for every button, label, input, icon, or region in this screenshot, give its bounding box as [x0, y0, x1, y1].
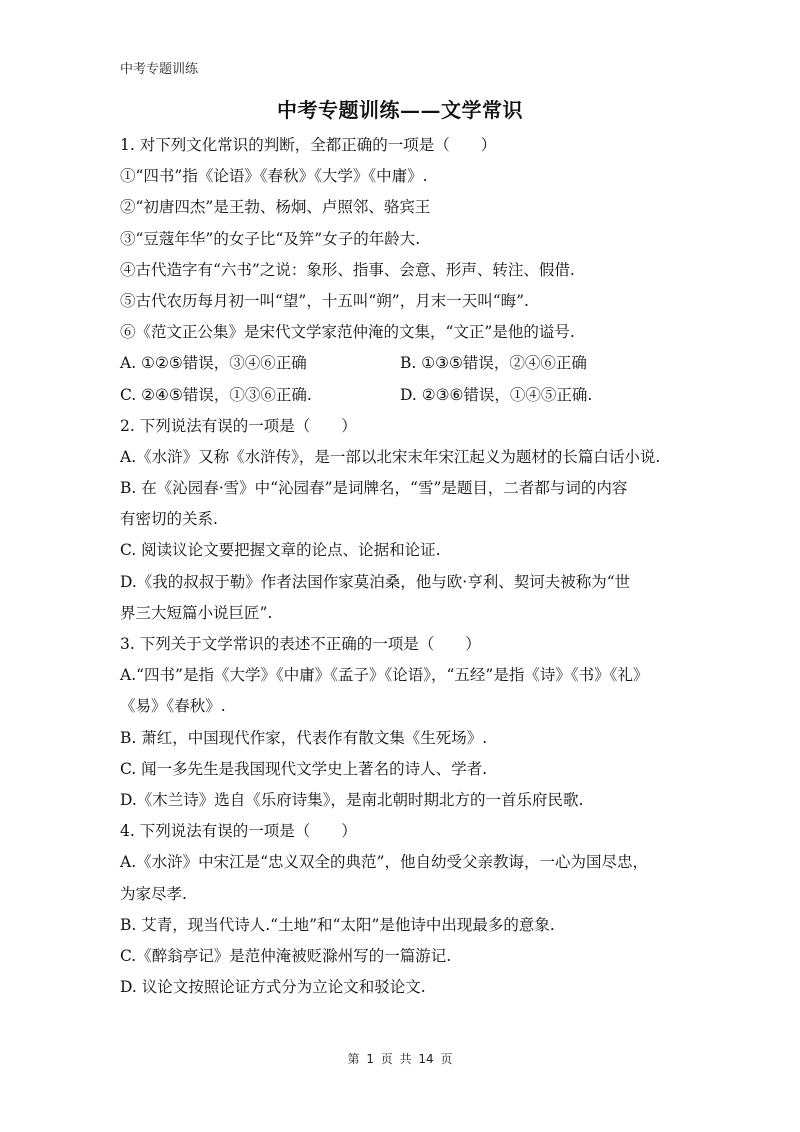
option-line: D. 议论文按照论证方式分为立论文和驳论文.: [120, 972, 690, 1003]
question-3: 3. 下列关于文学常识的表述不正确的一项是（ ） A.“四书”是指《大学》《中庸…: [120, 629, 690, 816]
option-line: 《易》《春秋》.: [120, 691, 690, 722]
option-line: A.《水浒》中宋江是“忠义双全的典范”，他自幼受父亲教诲，一心为国尽忠，: [120, 847, 690, 878]
statement: ①“四书”指《论语》《春秋》《大学》《中庸》.: [120, 161, 690, 192]
statement: ③“豆蔻年华”的女子比“及笄”女子的年龄大.: [120, 224, 690, 255]
statement: ④古代造字有“六书”之说：象形、指事、会意、形声、转注、假借.: [120, 255, 690, 286]
question-stem: 1. 对下列文化常识的判断，全都正确的一项是（ ）: [120, 130, 690, 161]
option-line: D.《木兰诗》选自《乐府诗集》，是南北朝时期北方的一首乐府民歌.: [120, 785, 690, 816]
options-row: A. ①②⑤错误，③④⑥正确 B. ①③⑤错误，②④⑥正确: [120, 348, 690, 379]
statement: ⑥《范文正公集》是宋代文学家范仲淹的文集，“文正”是他的谥号.: [120, 317, 690, 348]
option-line: C. 阅读议论文要把握文章的论点、论据和论证.: [120, 535, 690, 566]
option-line: B. 萧红，中国现代作家，代表作有散文集《生死场》.: [120, 723, 690, 754]
option-line: B. 在《沁园春·雪》中“沁园春”是词牌名，“雪”是题目，二者都与词的内容: [120, 473, 690, 504]
option-line: C.《醉翁亭记》是范仲淹被贬滁州写的一篇游记.: [120, 941, 690, 972]
option-line: 有密切的关系.: [120, 504, 690, 535]
option-line: 为家尽孝.: [120, 879, 690, 910]
option-c: C. ②④⑤错误，①③⑥正确.: [120, 380, 400, 411]
option-line: C. 闻一多先生是我国现代文学史上著名的诗人、学者.: [120, 754, 690, 785]
page-number: 第 1 页 共 14 页: [0, 1050, 800, 1067]
question-stem: 4. 下列说法有误的一项是（ ）: [120, 816, 690, 847]
document-title: 中考专题训练——文学常识: [0, 94, 800, 123]
option-d: D. ②③⑥错误，①④⑤正确.: [400, 380, 680, 411]
question-2: 2. 下列说法有误的一项是（ ） A.《水浒》又称《水浒传》，是一部以北宋末年宋…: [120, 411, 690, 629]
running-header: 中考专题训练: [120, 58, 198, 77]
option-line: A.“四书”是指《大学》《中庸》《孟子》《论语》，“五经”是指《诗》《书》《礼》: [120, 660, 690, 691]
option-line: B. 艾青，现当代诗人.“土地”和“太阳”是他诗中出现最多的意象.: [120, 910, 690, 941]
option-line: D.《我的叔叔于勒》作者法国作家莫泊桑，他与欧·亨利、契诃夫被称为“世: [120, 567, 690, 598]
option-line: A.《水浒》又称《水浒传》，是一部以北宋末年宋江起义为题材的长篇白话小说.: [120, 442, 690, 473]
option-line: 界三大短篇小说巨匠”.: [120, 598, 690, 629]
statement: ②“初唐四杰”是王勃、杨炯、卢照邻、骆宾王: [120, 192, 690, 223]
option-b: B. ①③⑤错误，②④⑥正确: [400, 348, 680, 379]
question-stem: 2. 下列说法有误的一项是（ ）: [120, 411, 690, 442]
question-1: 1. 对下列文化常识的判断，全都正确的一项是（ ） ①“四书”指《论语》《春秋》…: [120, 130, 690, 411]
question-stem: 3. 下列关于文学常识的表述不正确的一项是（ ）: [120, 629, 690, 660]
options-row: C. ②④⑤错误，①③⑥正确. D. ②③⑥错误，①④⑤正确.: [120, 380, 690, 411]
document-body: 1. 对下列文化常识的判断，全都正确的一项是（ ） ①“四书”指《论语》《春秋》…: [120, 130, 690, 1003]
statement: ⑤古代农历每月初一叫“望”，十五叫“朔”，月末一天叫“晦”.: [120, 286, 690, 317]
option-a: A. ①②⑤错误，③④⑥正确: [120, 348, 400, 379]
question-4: 4. 下列说法有误的一项是（ ） A.《水浒》中宋江是“忠义双全的典范”，他自幼…: [120, 816, 690, 1003]
